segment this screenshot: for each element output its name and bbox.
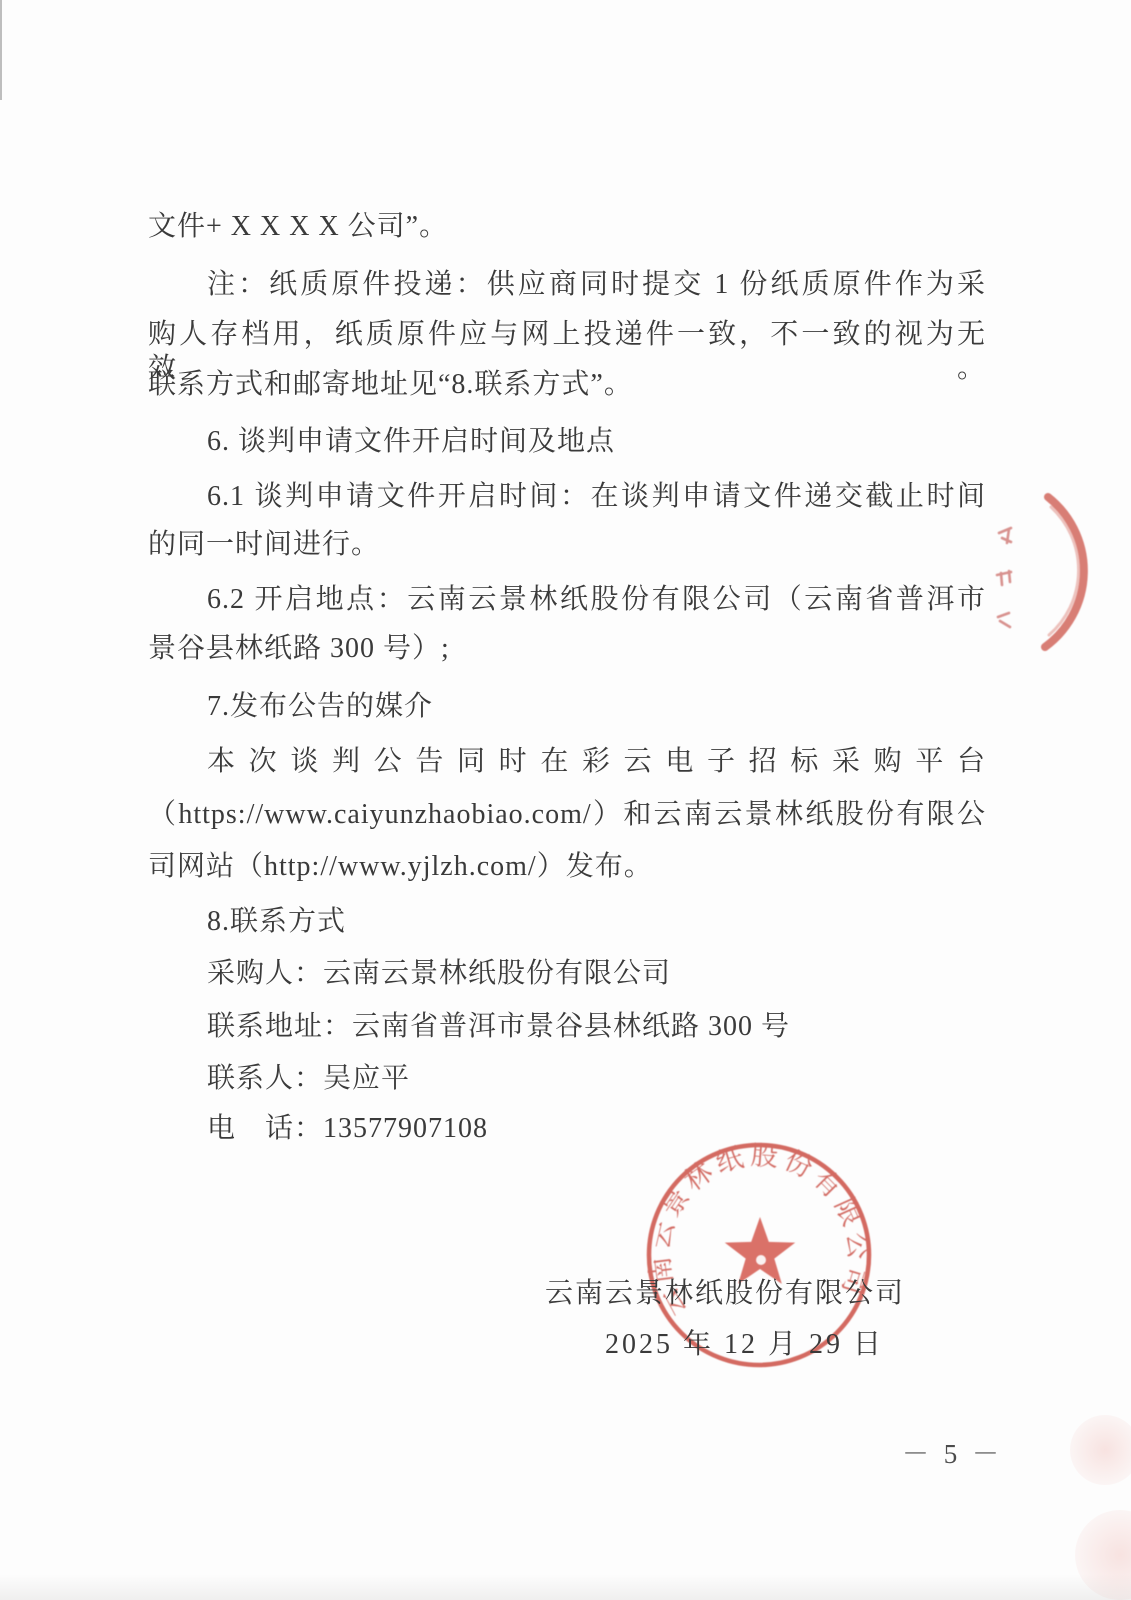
partial-seal-glyph-fragments — [997, 528, 1011, 627]
contact-person: 联系人：吴应平 — [207, 1062, 410, 1096]
doc-line: 的同一时间进行。 — [148, 528, 380, 562]
signature-company: 云南云景林纸股份有限公司 — [545, 1277, 905, 1311]
doc-heading-8: 8.联系方式 — [207, 905, 346, 939]
seal-star-icon — [725, 1217, 795, 1284]
contact-phone: 电 话：13577907108 — [207, 1112, 488, 1146]
contact-address: 联系地址：云南省普洱市景谷县林纸路 300 号 — [207, 1010, 790, 1044]
scan-pink-smudge — [1070, 1415, 1131, 1485]
doc-line: 注：纸质原件投递：供应商同时提交 1 份纸质原件作为采 — [207, 268, 986, 302]
doc-line-url: 司网站（http://www.yjlzh.com/）发布。 — [148, 850, 653, 884]
doc-line: 联系方式和邮寄地址见“8.联系方式”。 — [148, 368, 633, 402]
partial-seal-arc — [985, 485, 1131, 670]
doc-line: 本次谈判公告同时在彩云电子招标采购平台 — [207, 745, 986, 779]
contact-purchaser: 采购人：云南云景林纸股份有限公司 — [207, 957, 671, 991]
doc-line: 文件+ X X X X 公司”。 — [148, 210, 448, 244]
document-page: 云南云景林纸股份有限公司 文件+ X X X X 公司”。 注：纸质原件投递：供… — [0, 0, 1131, 1600]
doc-line: 景谷县林纸路 300 号）; — [148, 632, 450, 666]
doc-heading-7: 7.发布公告的媒介 — [207, 690, 433, 724]
seal-star-hole — [756, 1255, 766, 1265]
signature-date: 2025 年 12 月 29 日 — [605, 1328, 884, 1362]
scan-bottom-shade — [0, 1574, 1131, 1600]
doc-line-url: （https://www.caiyunzhaobiao.com/）和云南云景林纸… — [148, 798, 986, 832]
doc-line: 6.1 谈判申请文件开启时间：在谈判申请文件递交截止时间 — [207, 480, 986, 514]
doc-line: 6.2 开启地点：云南云景林纸股份有限公司（云南省普洱市 — [207, 583, 986, 617]
doc-heading-6: 6. 谈判申请文件开启时间及地点 — [207, 425, 615, 459]
scan-edge-artifact — [0, 0, 2, 100]
page-number: － 5 － — [902, 1432, 1003, 1471]
